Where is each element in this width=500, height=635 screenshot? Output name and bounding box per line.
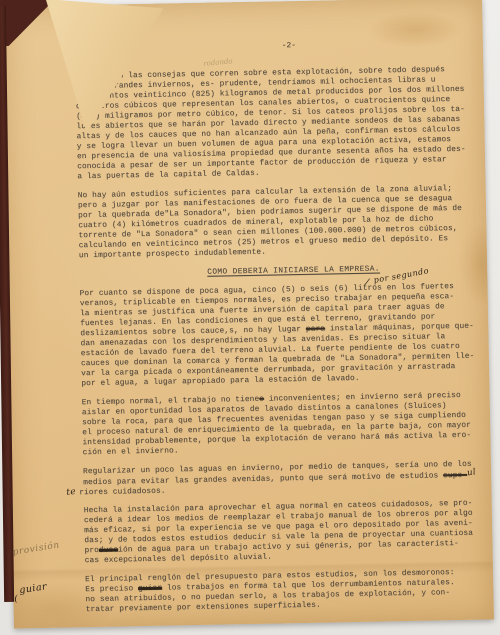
- section-heading: COMO DEBERIA INICIARSE LA EMPRESA.: [207, 263, 471, 278]
- typed-text: pro: [84, 547, 99, 555]
- struck-text: para: [306, 326, 325, 334]
- typed-text: riores cuidadosos.: [79, 488, 166, 498]
- margin-paren-mark: (: [14, 594, 19, 604]
- paragraph-6: Hecha la instalación para aprovechar el …: [84, 499, 477, 567]
- photo-background: -2- lación con las consejas que corren s…: [0, 0, 500, 635]
- handwritten-correction-ul: ul: [466, 467, 476, 478]
- paragraph-7: El principal renglón del presupuesto par…: [85, 568, 478, 616]
- paragraph-3: Por cuanto se dispone de poca agua, cinc…: [80, 282, 474, 390]
- page-number: -2-: [111, 38, 467, 55]
- paragraph-5: Regularizar un poco las aguas en inviern…: [83, 460, 476, 498]
- handwritten-correction-te: te: [66, 487, 77, 498]
- struck-text: ducc: [99, 547, 118, 555]
- typed-text: instalar máquinas, porque que-: [325, 323, 474, 334]
- typed-text: Es preciso: [85, 585, 138, 594]
- paragraph-2: No hay aún estudios suficientes para cal…: [78, 184, 471, 262]
- struck-text: supe-: [443, 472, 467, 480]
- struck-text: guiar: [138, 585, 162, 593]
- paragraph-4: En tiempo normal, el trabajo no tienes i…: [82, 391, 475, 459]
- paragraph-1: lación con las consejas que corren sobre…: [75, 65, 469, 183]
